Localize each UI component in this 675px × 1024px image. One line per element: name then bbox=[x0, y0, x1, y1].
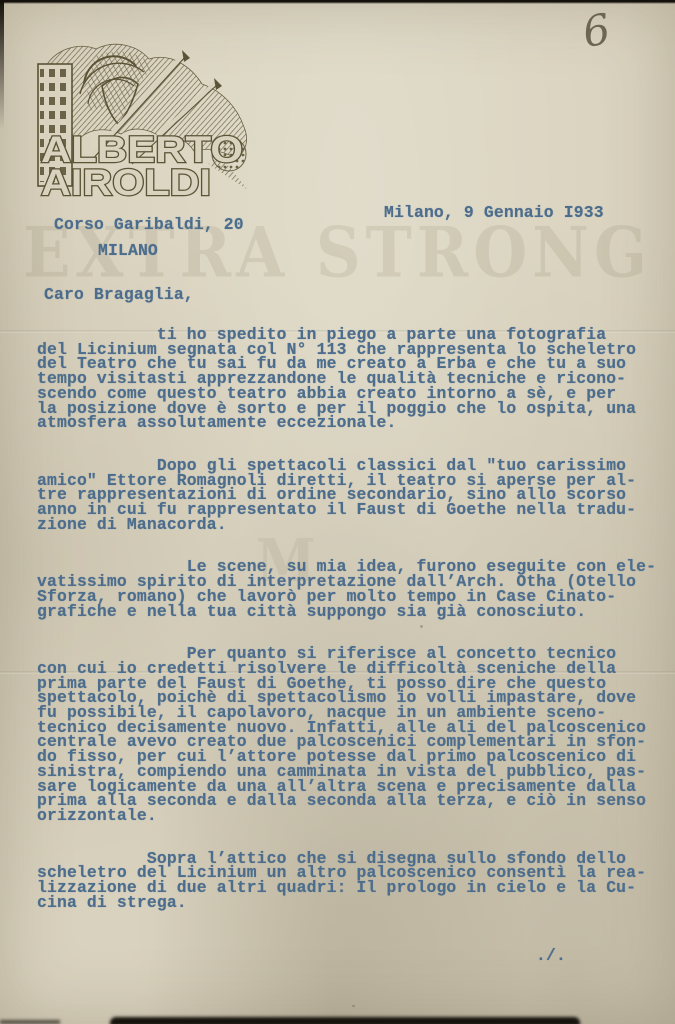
letterhead-name-line2: AIROLDI bbox=[41, 162, 211, 202]
paragraph-3: Le scene, su mia idea, furono eseguite c… bbox=[37, 560, 667, 619]
letterhead-address-street: Corso Garibaldi, 20 bbox=[54, 215, 244, 234]
paper-speck bbox=[538, 612, 540, 614]
letterhead-logo-illustration: ALBERTO AIROLDI bbox=[36, 38, 250, 202]
paragraph-4: Per quanto si riferisce al concetto tecn… bbox=[37, 647, 667, 823]
scanned-letter-page: EXTRA STRONG M bbox=[0, 0, 675, 1024]
scan-edge-bottom bbox=[110, 1017, 580, 1024]
date-line: Milano, 9 Gennaio I933 bbox=[384, 203, 604, 222]
paragraph-5: Sopra l’attico che si disegna sullo sfon… bbox=[37, 852, 667, 911]
continuation-mark: ./. bbox=[536, 946, 566, 965]
logo-spear-2-tip bbox=[214, 78, 222, 90]
paper-speck bbox=[352, 1005, 355, 1007]
scan-edge-bottom-left bbox=[0, 1020, 60, 1024]
paragraph-1: ti ho spedito in piego a parte una fotog… bbox=[37, 328, 667, 431]
logo-spear-1-tip bbox=[182, 50, 190, 62]
scan-edge-top bbox=[0, 0, 675, 4]
paragraph-2: Dopo gli spettacoli classici dal "tuo ca… bbox=[37, 459, 667, 533]
letterhead-address-city: MILANO bbox=[98, 241, 158, 260]
letter-body: ti ho spedito in piego a parte una fotog… bbox=[37, 328, 667, 939]
salutation: Caro Bragaglia, bbox=[44, 285, 194, 304]
scan-edge-left bbox=[0, 0, 4, 130]
paper-speck bbox=[420, 625, 423, 628]
